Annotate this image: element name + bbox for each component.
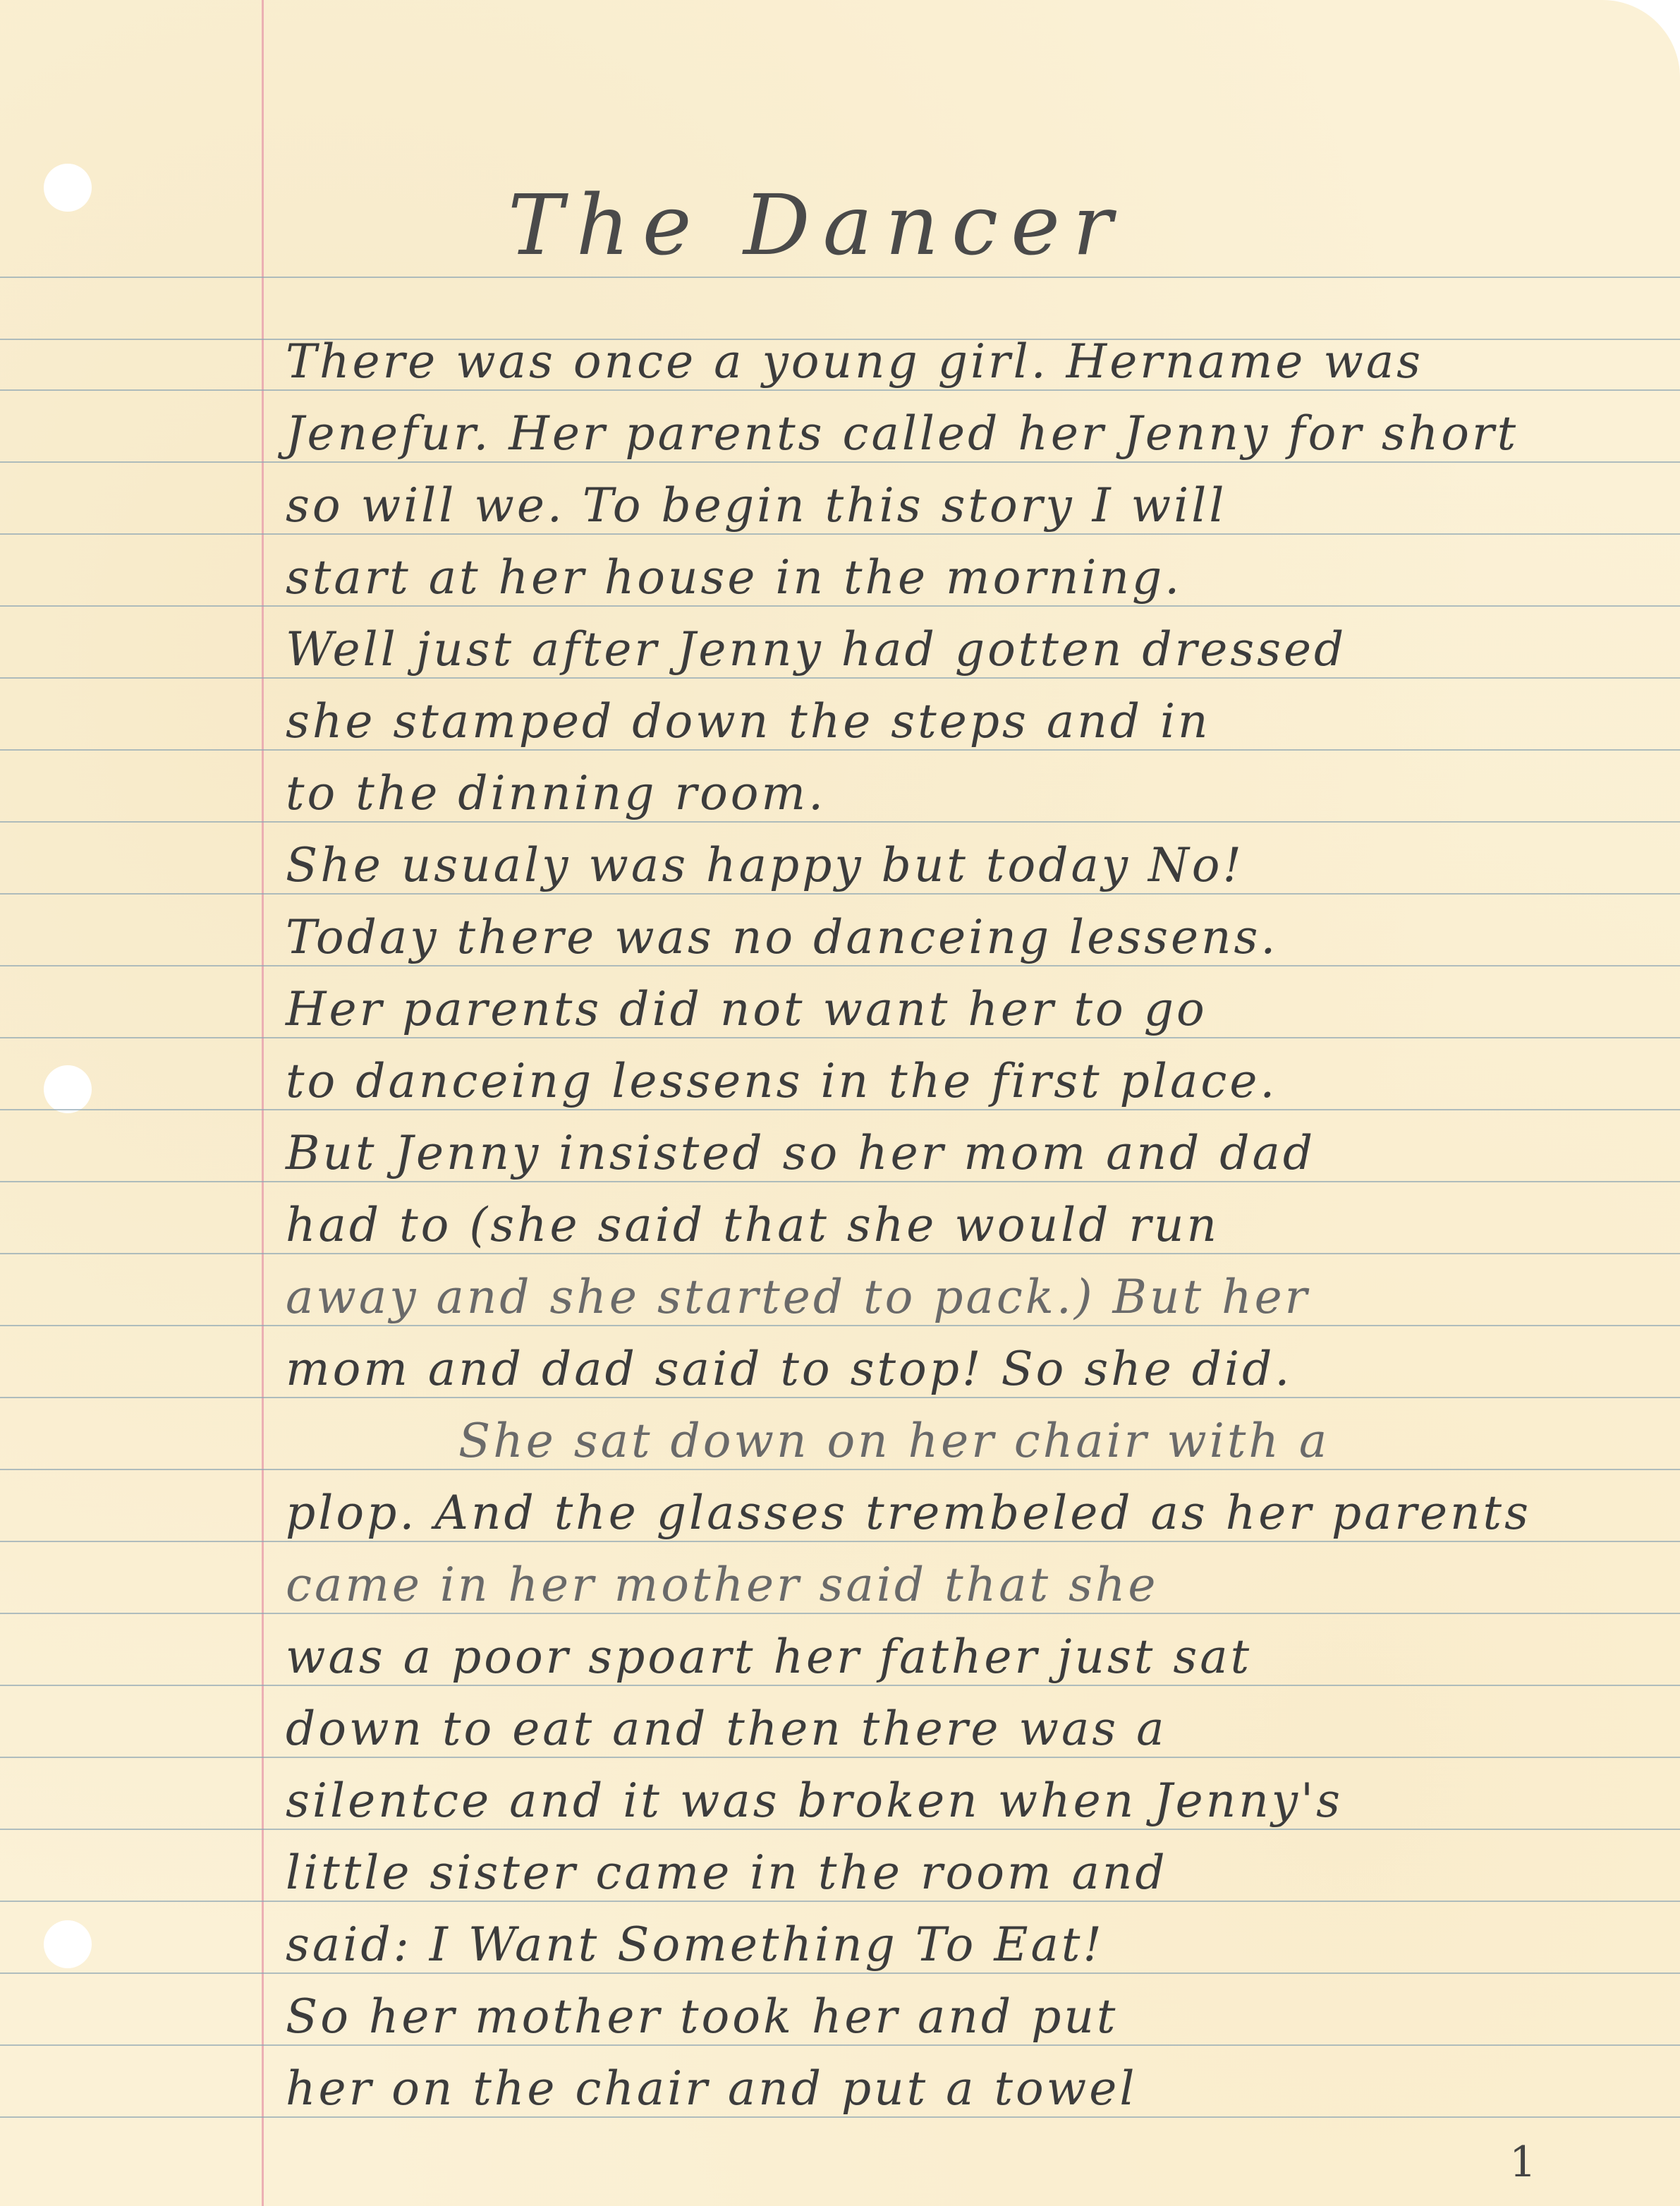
text-line: down to eat and then there was a xyxy=(286,1702,1167,1756)
hole-punch xyxy=(44,1065,92,1113)
rule-line xyxy=(0,893,1680,895)
rule-line xyxy=(0,1829,1680,1830)
rule-line xyxy=(0,1541,1680,1542)
margin-line xyxy=(262,0,264,2206)
rule-line xyxy=(0,277,1680,278)
text-line: her on the chair and put a towel xyxy=(286,2061,1137,2116)
rule-line xyxy=(0,389,1680,391)
text-line: Well just after Jenny had gotten dressed xyxy=(286,622,1346,677)
text-line: mom and dad said to stop! So she did. xyxy=(286,1342,1292,1396)
rule-line xyxy=(0,1613,1680,1614)
rule-line xyxy=(0,2116,1680,2118)
rule-line xyxy=(0,677,1680,679)
page-number: 1 xyxy=(1509,2138,1536,2187)
text-line: Jenefur. Her parents called her Jenny fo… xyxy=(286,406,1518,461)
text-line: But Jenny insisted so her mom and dad xyxy=(286,1126,1315,1180)
hole-punch xyxy=(44,164,92,212)
text-line: said: I Want Something To Eat! xyxy=(286,1917,1104,1972)
text-line: Her parents did not want her to go xyxy=(286,982,1207,1036)
rule-line xyxy=(0,749,1680,751)
text-line: came in her mother said that she xyxy=(286,1558,1158,1612)
rule-line xyxy=(0,461,1680,463)
rule-line xyxy=(0,1972,1680,1974)
text-line: she stamped down the steps and in xyxy=(286,694,1211,749)
rule-line xyxy=(0,605,1680,607)
text-line: start at her house in the morning. xyxy=(286,550,1182,605)
text-line: away and she started to pack.) But her xyxy=(286,1270,1310,1324)
story-title: The Dancer xyxy=(508,176,1125,274)
text-line: Today there was no danceing lessens. xyxy=(286,910,1278,964)
rule-line xyxy=(0,1397,1680,1398)
text-line: had to (she said that she would run xyxy=(286,1198,1219,1252)
rule-line xyxy=(0,821,1680,823)
rule-line xyxy=(0,1253,1680,1254)
rule-line xyxy=(0,1325,1680,1326)
rule-line xyxy=(0,1757,1680,1758)
text-line: She usualy was happy but today No! xyxy=(286,838,1244,892)
text-line: was a poor spoart her father just sat xyxy=(286,1630,1252,1684)
text-line: She sat down on her chair with a xyxy=(458,1414,1329,1468)
text-line: to the dinning room. xyxy=(286,766,826,820)
rule-line xyxy=(0,1181,1680,1182)
text-line: plop. And the glasses trembeled as her p… xyxy=(286,1486,1531,1540)
rule-line xyxy=(0,1037,1680,1038)
hole-punch xyxy=(44,1920,92,1968)
text-line: to danceing lessens in the first place. xyxy=(286,1054,1277,1108)
notebook-page: The Dancer There was once a young girl. … xyxy=(0,0,1680,2206)
text-line: little sister came in the room and xyxy=(286,1846,1168,1900)
text-line: so will we. To begin this story I will xyxy=(286,478,1226,533)
rule-line xyxy=(0,2044,1680,2046)
text-line: There was once a young girl. Hername was xyxy=(286,334,1423,389)
text-line: So her mother took her and put xyxy=(286,1989,1118,2044)
rule-line xyxy=(0,533,1680,535)
rule-line xyxy=(0,1685,1680,1686)
rule-line xyxy=(0,965,1680,966)
text-line: silentce and it was broken when Jenny's xyxy=(286,1774,1343,1828)
rule-line xyxy=(0,1109,1680,1110)
rule-line xyxy=(0,1901,1680,1902)
rule-line xyxy=(0,1469,1680,1470)
